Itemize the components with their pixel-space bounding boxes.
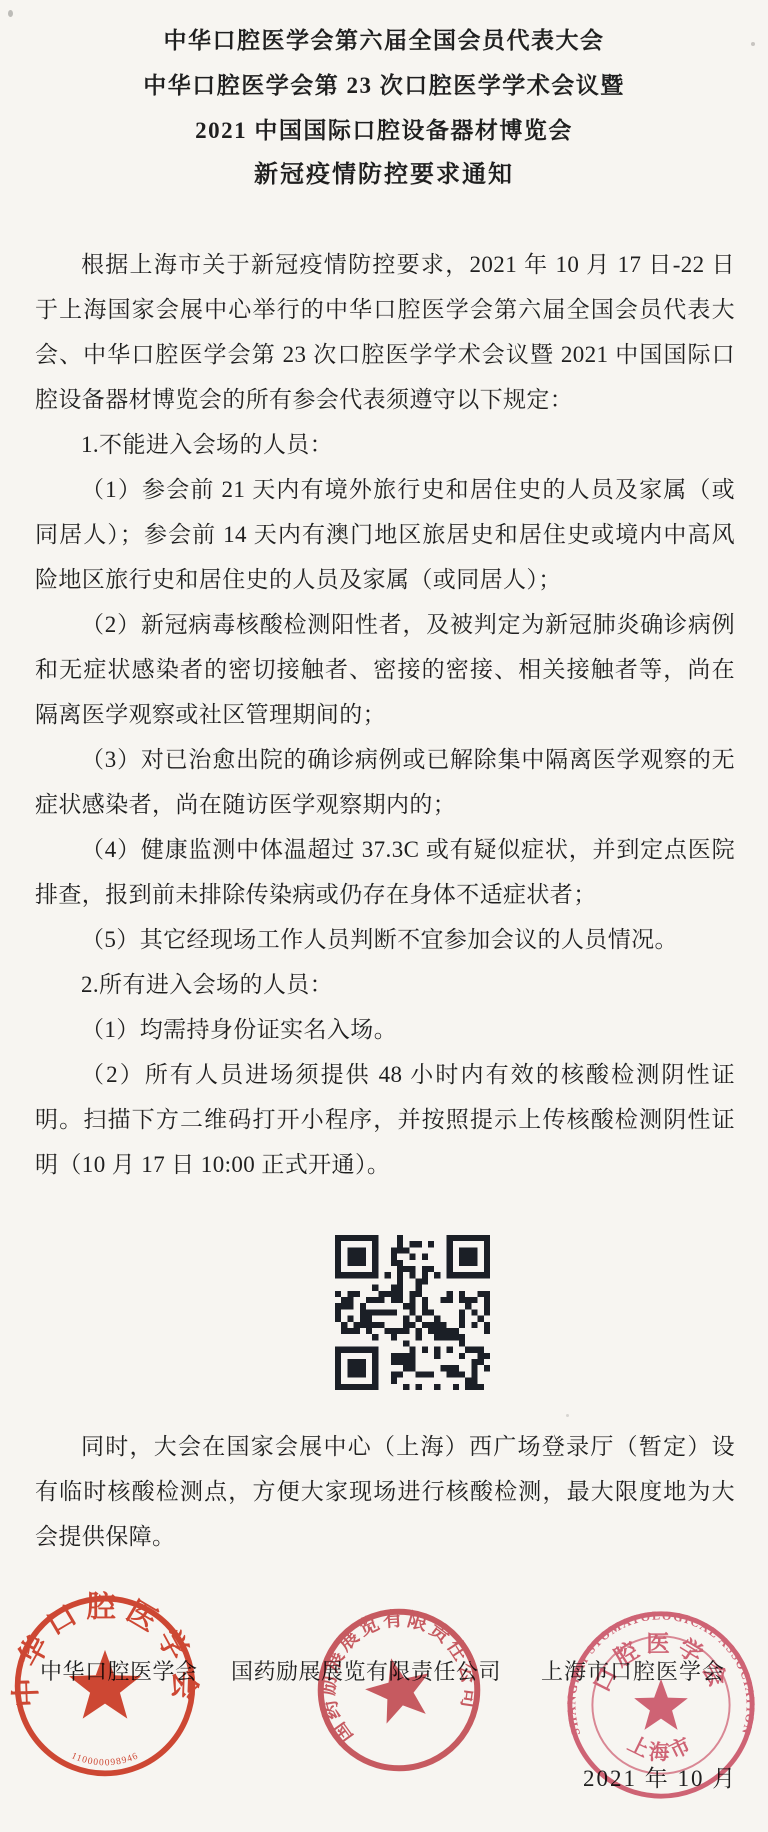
title-line-4: 新冠疫情防控要求通知 — [0, 153, 768, 198]
paragraph-intro: 根据上海市关于新冠疫情防控要求，2021 年 10 月 17 日-22 日于上海… — [35, 242, 735, 422]
star-icon — [359, 1650, 437, 1726]
paragraph-rule-1-item-2: （2）新冠病毒核酸检测阳性者，及被判定为新冠肺炎确诊病例和无症状感染者的密切接触… — [35, 602, 735, 737]
paragraph-rule-2: 2.所有进入会场的人员： — [35, 962, 735, 1007]
stamp-shanghai-seal: SHANGHAI STOMATOLOGICAL ASSOCIATION 口腔医学… — [563, 1607, 759, 1803]
qr-code-svg — [335, 1235, 490, 1390]
paragraph-rule-2-item-1: （1）均需持身份证实名入场。 — [35, 1007, 735, 1052]
star-icon — [634, 1679, 688, 1730]
document-page: 中华口腔医学会第六届全国会员代表大会 中华口腔医学会第 23 次口腔医学学术会议… — [0, 0, 768, 1832]
paragraph-closing: 同时，大会在国家会展中心（上海）西广场登录厅（暂定）设有临时核酸检测点，方便大家… — [35, 1424, 735, 1559]
stamp-serial-number: 110000098946 — [70, 1751, 141, 1768]
paragraph-rule-1-item-4: （4）健康监测中体温超过 37.3C 或有疑似症状，并到定点医院排查，报到前未排… — [35, 827, 735, 917]
title-line-1: 中华口腔医学会第六届全国会员代表大会 — [0, 18, 768, 63]
paragraph-rule-1-item-1: （1）参会前 21 天内有境外旅行史和居住史的人员及家属（或同居人）；参会前 1… — [35, 467, 735, 602]
paragraph-rule-2-item-2: （2）所有人员进场须提供 48 小时内有效的核酸检测阴性证明。扫描下方二维码打开… — [35, 1052, 735, 1187]
title-line-2: 中华口腔医学会第 23 次口腔医学学术会议暨 — [0, 63, 768, 108]
scan-artifact — [566, 1414, 569, 1417]
scan-artifact — [8, 10, 13, 17]
scan-artifact — [751, 42, 755, 46]
notice-body: 根据上海市关于新冠疫情防控要求，2021 年 10 月 17 日-22 日于上海… — [35, 242, 735, 1187]
stamp-csa-seal: 中华口腔医学会 110000098946 — [10, 1591, 200, 1781]
qr-code — [335, 1235, 490, 1390]
svg-text:110000098946: 110000098946 — [70, 1751, 141, 1768]
title-line-3: 2021 中国国际口腔设备器材博览会 — [0, 108, 768, 153]
paragraph-rule-1-item-5: （5）其它经现场工作人员判断不宜参加会议的人员情况。 — [35, 917, 735, 962]
paragraph-rule-1-item-3: （3）对已治愈出院的确诊病例或已解除集中隔离医学观察的无症状感染者，尚在随访医学… — [35, 737, 735, 827]
title-block: 中华口腔医学会第六届全国会员代表大会 中华口腔医学会第 23 次口腔医学学术会议… — [0, 0, 768, 198]
star-icon — [69, 1650, 141, 1719]
paragraph-rule-1: 1.不能进入会场的人员： — [35, 422, 735, 467]
svg-text:上海市: 上海市 — [624, 1731, 698, 1764]
stamp-inner-bottom-text: 上海市 — [624, 1731, 698, 1764]
stamp-sinopharm-seal: 国药励展展览有限责任公司 — [295, 1586, 504, 1795]
closing-block: 同时，大会在国家会展中心（上海）西广场登录厅（暂定）设有临时核酸检测点，方便大家… — [35, 1424, 735, 1559]
